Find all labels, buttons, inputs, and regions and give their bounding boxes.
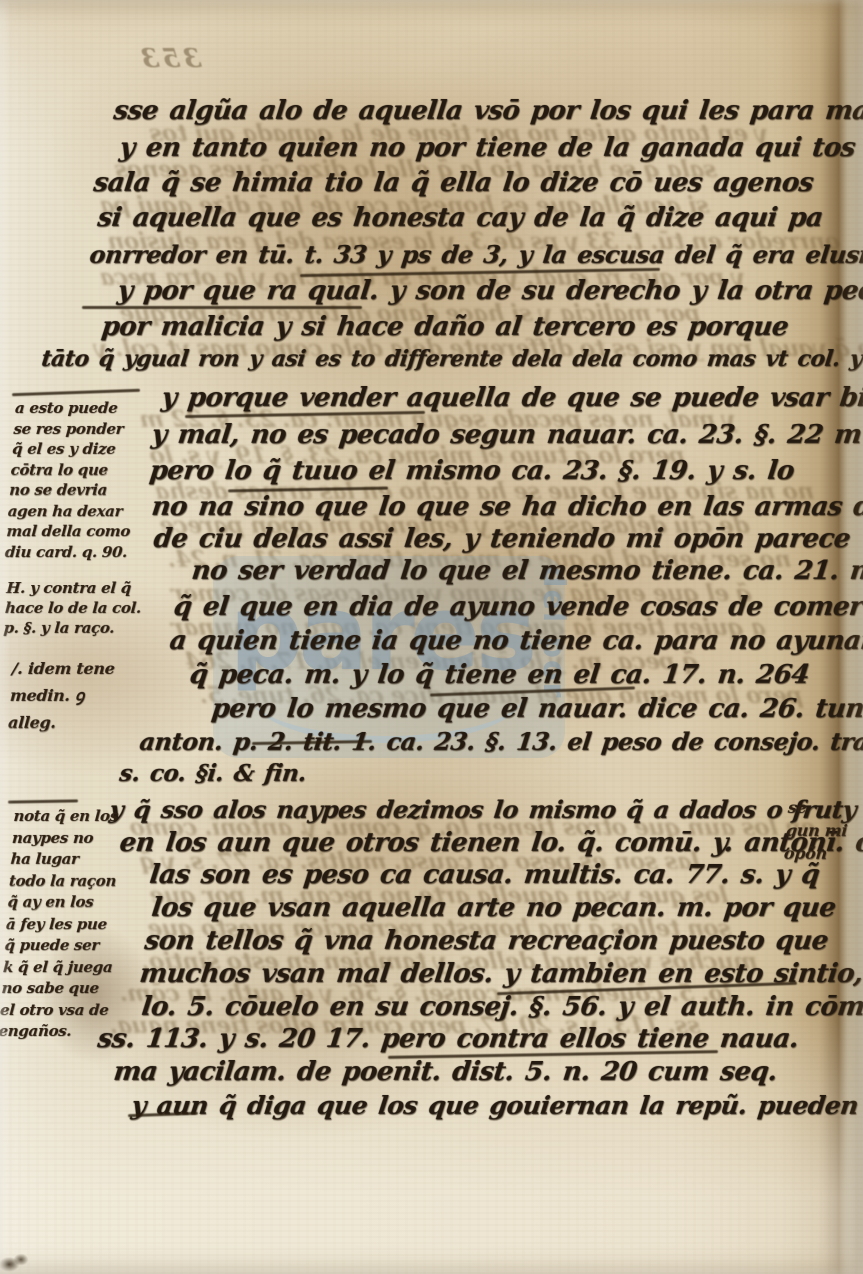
manuscript-line: y aun q̃ diga que los que gouiernan la r… [130, 1091, 860, 1120]
manuscript-line: los que vsan aquella arte no pecan. m. p… [150, 893, 837, 923]
margin-note-line: no se devria [9, 480, 134, 501]
manuscript-line: s. co. §i. & fin. [118, 760, 308, 787]
manuscript-line: por malicia y si hace daño al tercero es… [100, 312, 790, 342]
margin-note-line: nota q̃ en los [13, 806, 124, 828]
margin-note-line: hace lo de la col. [4, 598, 141, 618]
margin-note-line: /. idem tene [11, 655, 116, 682]
manuscript-line: y mal, no es pecado segun nauar. ca. 23.… [150, 420, 863, 450]
margin-note-line: q̃ puede ser [4, 935, 115, 957]
margin-note-line: se [787, 796, 850, 819]
manuscript-line: y por que ra qual. y son de su derecho y… [116, 276, 863, 306]
manuscript-line: si aquella que es honesta cay de la q̃ d… [96, 203, 824, 233]
margin-note-line: p. §. y la raço. [3, 618, 140, 638]
manuscript-line: sse algũa alo de aquella vsō por los qui… [112, 96, 863, 126]
manuscript-line: q̃ peca. m. y lo q̃ tiene en el ca. 17. … [188, 660, 811, 690]
manuscript-line: de ciu delas assi les, y teniendo mi opō… [152, 524, 852, 554]
margin-note-line: no sabe que [1, 978, 112, 1000]
margin-note-line: cōtra lo que [10, 460, 135, 481]
margin-note-line: q̃ ay en los [7, 892, 118, 914]
margin-note-line: ha lugar [10, 849, 121, 871]
margin-note-line: ā fey les pue [5, 914, 116, 936]
margin-note-line: q̃ el es y dize [11, 439, 136, 460]
manuscript-line: las son es peso ca causa. multis. ca. 77… [148, 860, 821, 890]
margin-note-line: naypes no [11, 828, 122, 850]
margin-note-line: diu card. q. 90. [4, 542, 129, 563]
manuscript-line: y en tanto quien no por tiene de la gana… [118, 133, 857, 163]
margin-note-line: engaños. [0, 1021, 109, 1043]
margin-note-line: agen ha dexar [7, 501, 132, 522]
margin-note-idem: /. idem tene medin. ꝯ alleg. [7, 655, 115, 736]
margin-note-segun: se gun mi opõn [783, 796, 850, 865]
margin-note-naypes: nota q̃ en los naypes no ha lugar todo l… [0, 806, 124, 1043]
margin-note-line: se res ponder [13, 419, 138, 440]
manuscript-line: onrredor en tū. t. 33 y ps de 3, y la es… [88, 240, 863, 269]
margin-note-line: el otro vsa de [0, 1000, 110, 1022]
margin-note-line: H. y contra el q̃ [6, 578, 143, 598]
manuscript-line: y porque vender aquella de que se puede … [160, 383, 863, 413]
manuscript-line: q̃ el que en dia de ayuno vende cosas de… [172, 592, 863, 622]
margin-note-contra: H. y contra el q̃ hace lo de la col. p. … [3, 578, 143, 638]
manuscript-line: tāto q̃ ygual ron y asi es to differente… [40, 346, 863, 372]
margin-note-line: mal della como [6, 521, 131, 542]
manuscript-line: no ser verdad lo que el mesmo tiene. ca.… [190, 556, 863, 586]
manuscript-line: sala q̃ se himia tio la q̃ ella lo dize … [92, 168, 815, 198]
margin-note-line: a esto puede [14, 398, 139, 419]
manuscript-line: a quien tiene ia que no tiene ca. para n… [168, 626, 863, 656]
ink-stroke [8, 799, 78, 803]
manuscript-line: no na sino que lo que se ha dicho en las… [150, 492, 863, 522]
manuscript-line: en los aun que otros tienen lo. q̃. comū… [118, 828, 863, 858]
manuscript-line: anton. p. 2. tit. 1. ca. 23. §. 13. el p… [138, 727, 863, 756]
ink-stroke [12, 389, 140, 396]
manuscript-page: 353 y en tanto quien no por tiene de la … [0, 0, 863, 1274]
ink-spot [0, 1250, 30, 1274]
margin-note-line: alleg. [7, 709, 112, 736]
folio-number-bleedthrough: 353 [136, 44, 202, 74]
margin-note-respond: a esto puede se res ponder q̃ el es y di… [4, 398, 139, 562]
margin-note-line: medin. ꝯ [9, 682, 114, 709]
manuscript-line: ma yacilam. de poenit. dist. 5. n. 20 cu… [112, 1057, 779, 1087]
manuscript-line: pero lo mesmo que el nauar. dice ca. 26.… [210, 694, 863, 724]
manuscript-line: lo. 5. cōuelo en su consej. §. 56. y el … [140, 992, 863, 1022]
margin-note-line: todo la raçon [8, 871, 119, 893]
manuscript-line: son tellos q̃ vna honesta recreaçion pue… [143, 926, 830, 956]
margin-note-line: opõn [783, 842, 846, 865]
manuscript-line: pero lo q̃ tuuo el mismo ca. 23. §. 19. … [148, 456, 796, 486]
margin-note-line: k q̃ el q̃ juega [2, 957, 113, 979]
manuscript-line: y q̃ sso alos naypes dezimos lo mismo q̃… [108, 795, 863, 824]
ink-stroke [82, 306, 362, 309]
margin-note-line: gun mi [785, 819, 848, 842]
manuscript-line: ss. 113. y s. 20 17. pero contra ellos t… [96, 1024, 800, 1054]
